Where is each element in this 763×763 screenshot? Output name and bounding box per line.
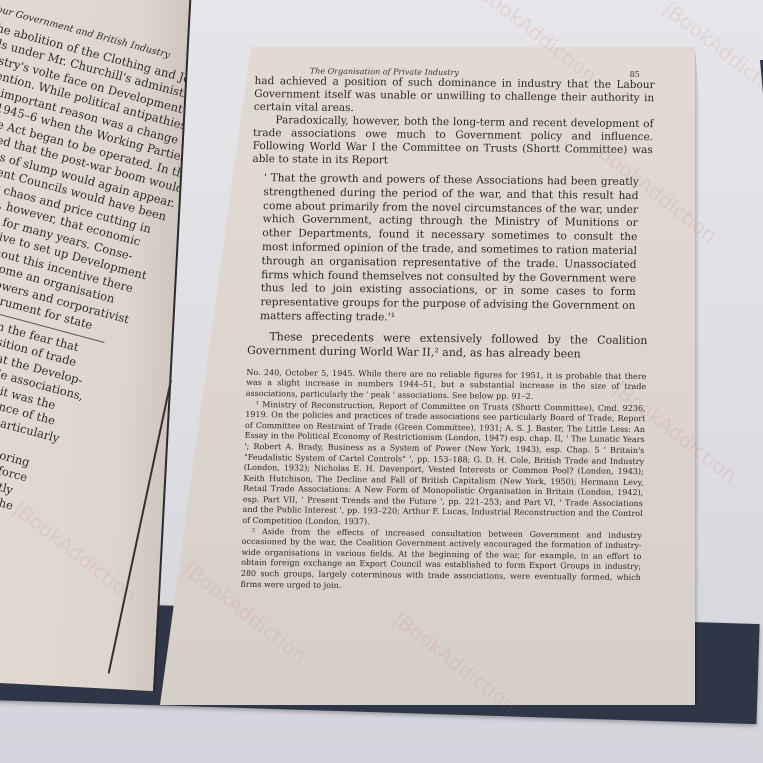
book-cover-edge [700,60,763,700]
footnote-continued: No. 240, October 5, 1945. While there ar… [246,368,647,404]
block-quote: ' That the growth and powers of these As… [260,172,639,328]
page-number: 85 [630,70,640,79]
footnote-1: ¹ Ministry of Reconstruction, Report of … [242,399,646,530]
paragraph: Paradoxically, however, both the long-te… [252,114,653,170]
right-page-text: The Organisation of Private Industry 85 … [240,66,655,594]
footnote-2: ² Aside from the effects of increased co… [240,527,642,595]
footnotes: No. 240, October 5, 1945. While there ar… [240,368,646,595]
paragraph: had achieved a position of such dominanc… [254,75,655,118]
left-page: our Government and British Industry the … [0,0,192,691]
paragraph: These precedents were extensively follow… [247,330,648,362]
left-page-text: our Government and British Industry the … [0,2,192,615]
